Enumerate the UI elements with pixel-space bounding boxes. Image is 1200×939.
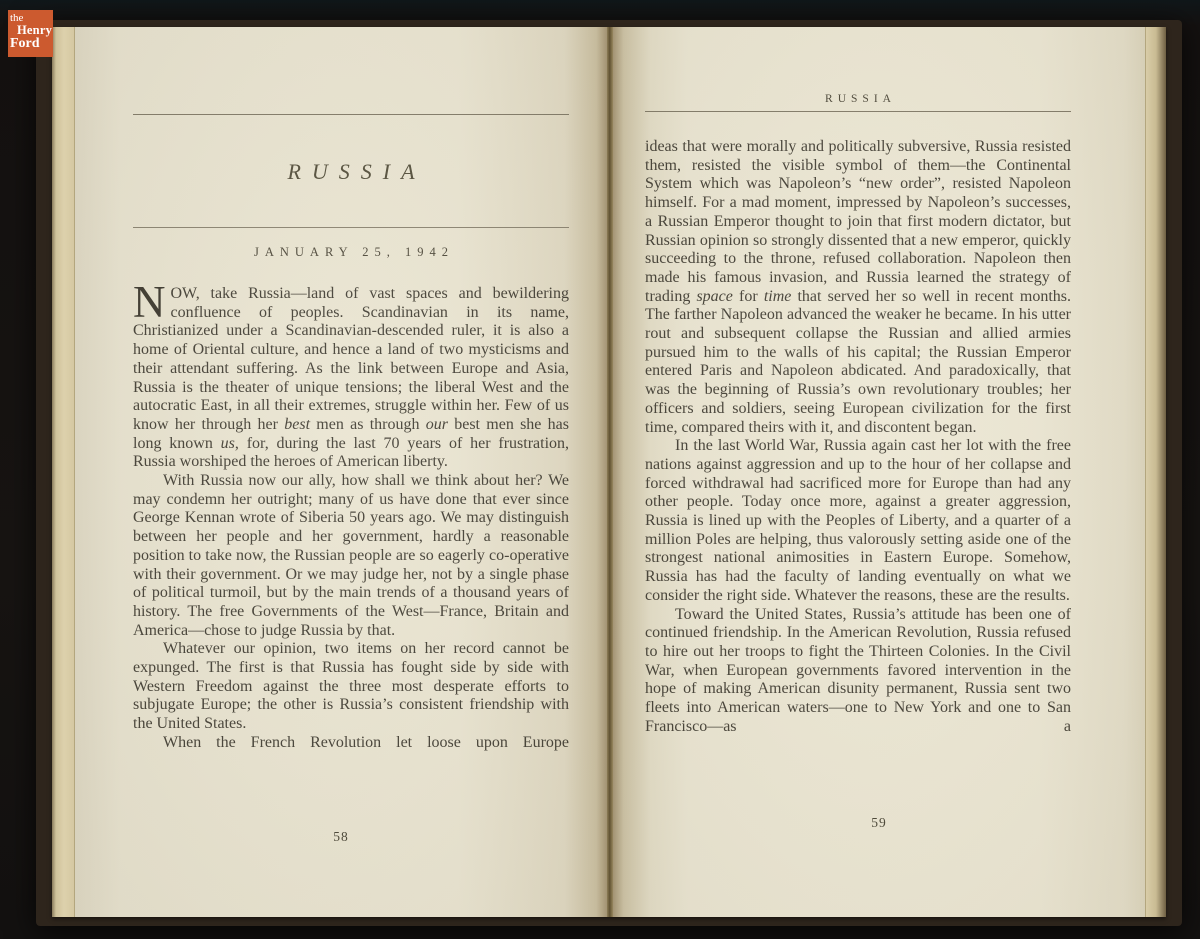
running-header: RUSSIA (645, 93, 1071, 105)
right-page: RUSSIA ideas that were morally and polit… (613, 27, 1145, 917)
open-pages: RUSSIA JANUARY 25, 1942 NOW, take Russia… (52, 27, 1166, 917)
header-rule (645, 111, 1071, 112)
paragraph: With Russia now our ally, how shall we t… (133, 472, 569, 640)
paragraph: Toward the United States, Russia’s attit… (645, 606, 1071, 737)
chapter-title: RUSSIA (133, 159, 569, 185)
chapter-date: JANUARY 25, 1942 (133, 245, 569, 260)
left-page-body: NOW, take Russia—land of vast spaces and… (133, 285, 569, 753)
page-fore-edge-left (52, 27, 75, 917)
page-fore-edge-right (1145, 27, 1166, 917)
paragraph: In the last World War, Russia again cast… (645, 437, 1071, 605)
paragraph: NOW, take Russia—land of vast spaces and… (133, 285, 569, 472)
title-rule-bottom (133, 227, 569, 228)
page-number: 59 (613, 815, 1145, 831)
paragraph: ideas that were morally and politically … (645, 138, 1071, 437)
left-page: RUSSIA JANUARY 25, 1942 NOW, take Russia… (75, 27, 607, 917)
henry-ford-logo: the Henry Ford (8, 10, 53, 57)
title-rule-top (133, 114, 569, 115)
paragraph: When the French Revolution let loose upo… (133, 734, 569, 753)
book-cover: RUSSIA JANUARY 25, 1942 NOW, take Russia… (36, 20, 1182, 926)
paragraph: Whatever our opinion, two items on her r… (133, 640, 569, 734)
right-page-body: ideas that were morally and politically … (645, 138, 1071, 737)
logo-text-ford: Ford (10, 37, 53, 51)
book-photo: RUSSIA JANUARY 25, 1942 NOW, take Russia… (0, 0, 1200, 939)
page-number: 58 (75, 829, 607, 845)
logo-text-henry: Henry (17, 24, 53, 36)
